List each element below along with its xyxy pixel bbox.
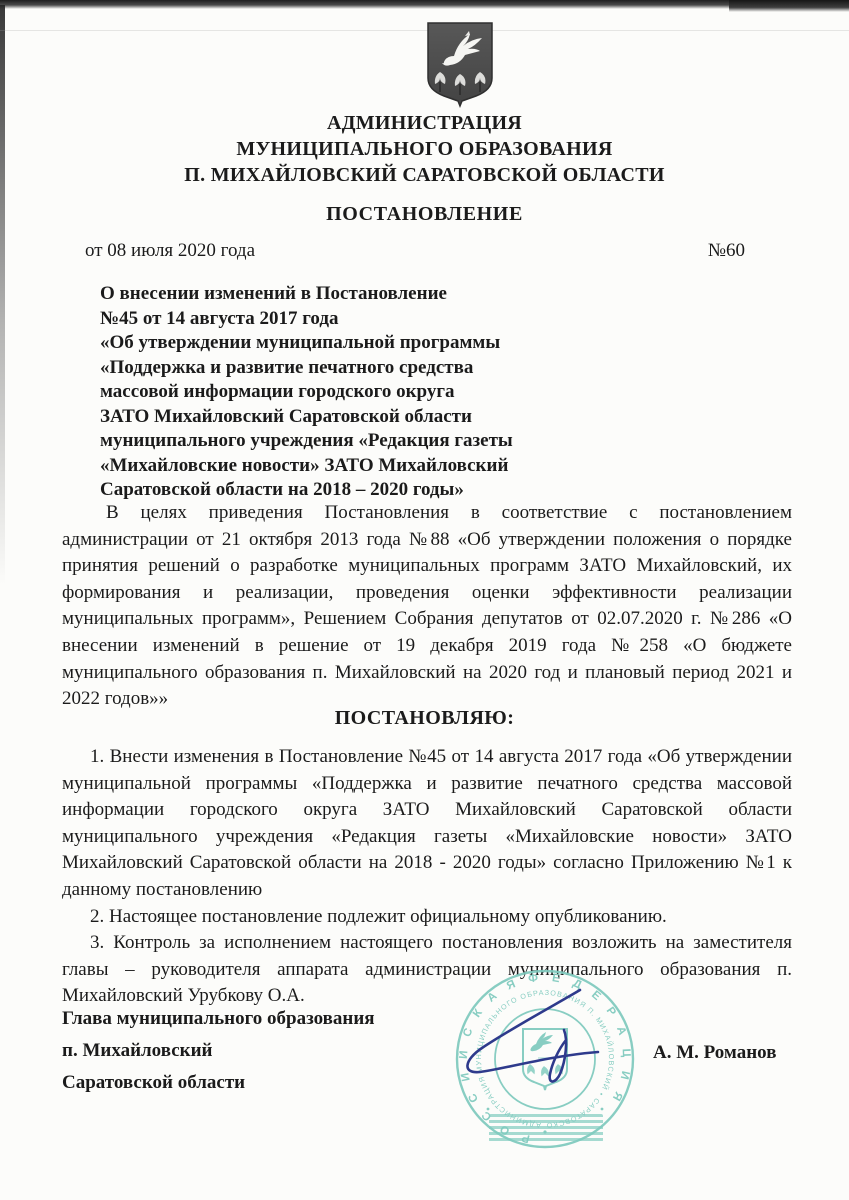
subject-line: Саратовской области на 2018 – 2020 годы»: [100, 478, 660, 503]
coat-of-arms-icon: [424, 20, 496, 113]
meta-row: от 08 июля 2020 года №60: [85, 240, 745, 262]
document-type-title: ПОСТАНОВЛЕНИЕ: [0, 203, 849, 226]
org-header-line1: АДМИНИСТРАЦИЯ: [0, 110, 849, 136]
scan-edge-left: [0, 5, 5, 585]
signatory-title: Глава муниципального образования п. Миха…: [62, 1003, 375, 1099]
resolution-items: 1. Внести изменения в Постановление №45 …: [62, 744, 792, 1010]
subject-line: муниципального учреждения «Редакция газе…: [100, 429, 660, 454]
document-page: АДМИНИСТРАЦИЯ МУНИЦИПАЛЬНОГО ОБРАЗОВАНИЯ…: [0, 0, 849, 1200]
document-date: от 08 июля 2020 года: [85, 240, 255, 262]
subject-line: О внесении изменений в Постановление: [100, 282, 660, 307]
document-number: №60: [708, 240, 745, 262]
subject-line: №45 от 14 августа 2017 года: [100, 307, 660, 332]
resolve-heading: ПОСТАНОВЛЯЮ:: [0, 707, 849, 730]
org-header-line3: П. МИХАЙЛОВСКИЙ САРАТОВСКОЙ ОБЛАСТИ: [0, 162, 849, 188]
signatory-name: А. М. Романов: [653, 1042, 776, 1064]
org-header-line2: МУНИЦИПАЛЬНОГО ОБРАЗОВАНИЯ: [0, 136, 849, 162]
stamp-bottom-text-blur: [489, 1114, 603, 1142]
subject-line: ЗАТО Михайловский Саратовской области: [100, 405, 660, 430]
subject-line: «Поддержка и развитие печатного средства: [100, 356, 660, 381]
preamble-paragraph: В целях приведения Постановления в соотв…: [62, 500, 792, 713]
signatory-title-line: Саратовской области: [62, 1067, 375, 1099]
signatory-title-line: п. Михайловский: [62, 1035, 375, 1067]
subject-line: «Об утверждении муниципальной программы: [100, 331, 660, 356]
signatory-title-line: Глава муниципального образования: [62, 1003, 375, 1035]
resolution-item-1: 1. Внести изменения в Постановление №45 …: [62, 744, 792, 904]
scan-edge-top-right: [729, 0, 849, 12]
resolution-item-2: 2. Настоящее постановление подлежит офиц…: [62, 904, 792, 931]
subject-block: О внесении изменений в Постановление №45…: [100, 282, 660, 503]
subject-line: массовой информации городского округа: [100, 380, 660, 405]
resolution-item-3: 3. Контроль за исполнением настоящего по…: [62, 930, 792, 1010]
handwritten-signature: [452, 980, 627, 1105]
subject-line: «Михайловские новости» ЗАТО Михайловский: [100, 454, 660, 479]
org-header: АДМИНИСТРАЦИЯ МУНИЦИПАЛЬНОГО ОБРАЗОВАНИЯ…: [0, 110, 849, 188]
scan-edge-top: [0, 0, 849, 9]
